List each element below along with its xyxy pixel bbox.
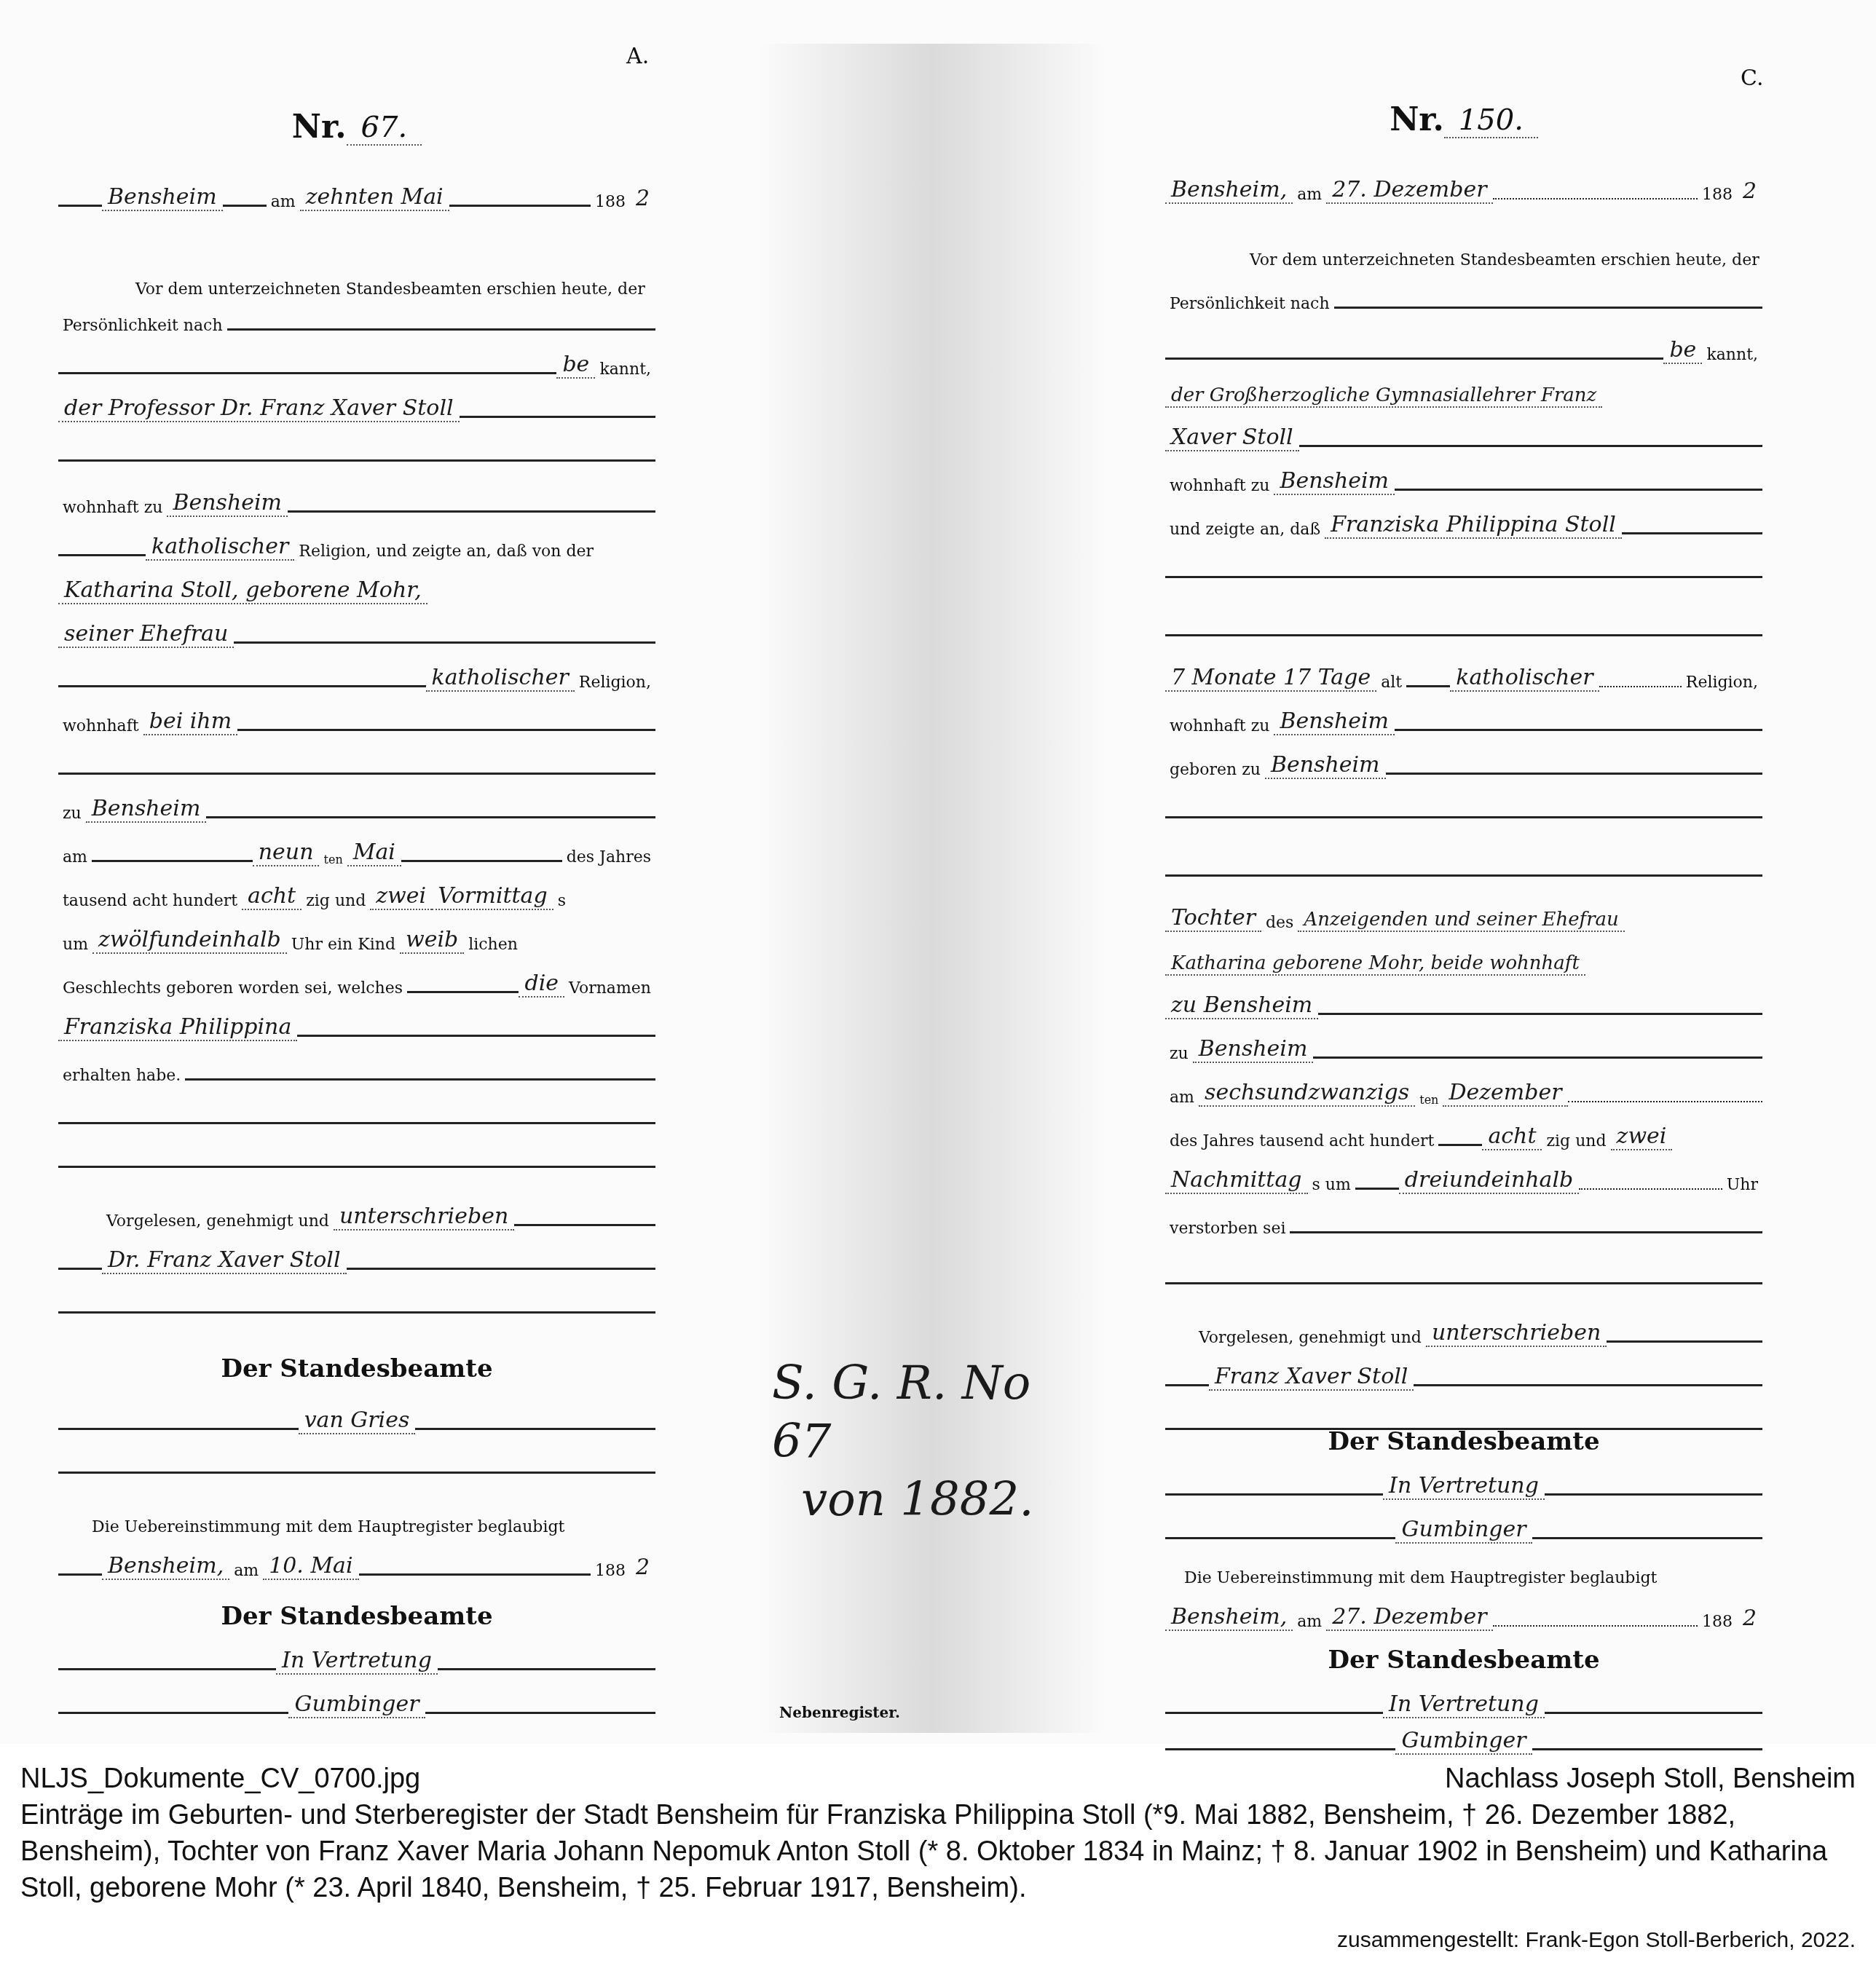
entry-number: 150. [1444, 103, 1538, 138]
certification-date-row: Bensheim,am10. Mai1882 [58, 1536, 655, 1580]
caption-header: NLJS_Dokumente_CV_0700.jpg Nachlass Jose… [20, 1761, 1856, 1797]
caption-credit: zusammengestellt: Frank-Egon Stoll-Berbe… [20, 1922, 1856, 1959]
place-date-row: Bensheim,am27. Dezember1882 [1165, 160, 1762, 204]
entry-number-row: Nr. 67. [58, 102, 655, 146]
age-row: 7 Monate 17 TagealtkatholischerReligion, [1165, 648, 1762, 692]
page-corner-label: C. [1741, 66, 1763, 91]
place-date-row: Bensheim am zehnten Mai 188 2 [58, 167, 655, 211]
child-names-row: Franziska Philippina [58, 998, 655, 1041]
number-label: Nr. [292, 108, 347, 146]
entry-number: 67. [347, 111, 422, 146]
reporter-row: der Professor Dr. Franz Xaver Stoll [58, 379, 655, 422]
caption-filename: NLJS_Dokumente_CV_0700.jpg [20, 1761, 420, 1797]
register-footer-label: Nebenregister. [779, 1704, 900, 1721]
margin-annotation: S. G. R. No 67 von 1882. [772, 1354, 1092, 1529]
official-title: Der Standesbeamte [216, 1354, 497, 1383]
official-title: Der Standesbeamte [1323, 1427, 1604, 1456]
entry-number-row: Nr. 150. [1165, 95, 1762, 138]
certification-date-row: Bensheim,am27. Dezember1882 [1165, 1587, 1762, 1631]
birth-date-row: amneuntenMaides Jahres [58, 823, 655, 866]
death-date-row: amsechsundzwanzigstenDezember [1165, 1063, 1762, 1107]
parents-row: TochterdesAnzeigenden und seiner Ehefrau [1165, 888, 1762, 932]
caption-collection: Nachlass Joseph Stoll, Bensheim [1445, 1761, 1856, 1797]
page-corner-label: A. [626, 44, 649, 69]
signature-row: Dr. Franz Xaver Stoll [58, 1231, 655, 1274]
reporter-row: der Großherzogliche Gymnasiallehrer Fran… [1165, 364, 1762, 408]
caption-description: Einträge im Geburten- und Sterberegister… [20, 1797, 1856, 1906]
mother-row: Katharina Stoll, geborene Mohr, [58, 561, 655, 604]
